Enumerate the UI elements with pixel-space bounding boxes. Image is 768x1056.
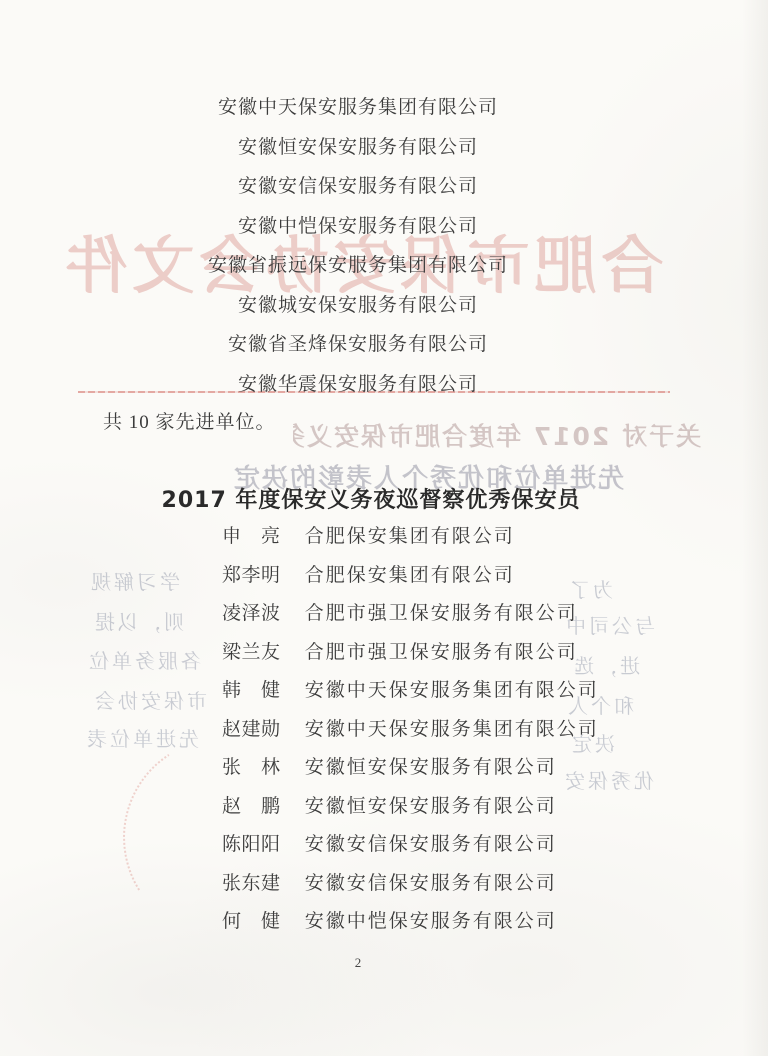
- awardee-name: 凌泽波: [222, 595, 284, 634]
- awardee-name: 韩 健: [222, 672, 284, 711]
- awardee-company: 安徽中天保安服务集团有限公司: [305, 711, 599, 750]
- awardee-row: 张东建 安徽安信保安服务有限公司: [222, 865, 722, 904]
- company-line: 安徽安信保安服务有限公司: [0, 167, 716, 207]
- awardee-company: 安徽恒安保安服务有限公司: [305, 749, 557, 788]
- advanced-units-company-list: 安徽中天保安服务集团有限公司安徽恒安保安服务有限公司安徽安信保安服务有限公司安徽…: [0, 88, 716, 404]
- bleedthrough-fragment: 则，以提: [92, 606, 184, 635]
- awardee-row: 何 健 安徽中恺保安服务有限公司: [222, 903, 722, 942]
- award-section-title: 2017 年度保安义务夜巡督察优秀保安员: [0, 483, 742, 514]
- awardee-company: 合肥市强卫保安服务有限公司: [305, 595, 578, 634]
- page-number: 2: [0, 955, 716, 971]
- awardee-row: 郑李明 合肥保安集团有限公司: [222, 557, 722, 596]
- awardee-row: 韩 健 安徽中天保安服务集团有限公司: [222, 672, 722, 711]
- awardee-company: 合肥市强卫保安服务有限公司: [305, 634, 578, 673]
- awardee-company: 合肥保安集团有限公司: [305, 557, 515, 596]
- awardee-name: 张东建: [222, 865, 284, 904]
- bleedthrough-doc-title-line1: 关于对 2017 年度合肥市保安义务夜巡督察: [293, 417, 701, 451]
- company-line: 安徽城安保安服务有限公司: [0, 286, 716, 326]
- awardee-company: 安徽安信保安服务有限公司: [305, 826, 557, 865]
- awardee-company: 安徽恒安保安服务有限公司: [305, 788, 557, 827]
- awardee-row: 赵建勋 安徽中天保安服务集团有限公司: [222, 711, 722, 750]
- advanced-units-summary: 共 10 家先进单位。: [103, 410, 276, 436]
- awardee-row: 申 亮 合肥保安集团有限公司: [222, 518, 722, 557]
- awardee-row: 梁兰友 合肥市强卫保安服务有限公司: [222, 634, 722, 673]
- company-line: 安徽省圣烽保安服务有限公司: [0, 325, 716, 365]
- bleedthrough-fragment: 学习解规: [88, 566, 180, 595]
- awardee-name: 陈阳阳: [222, 826, 284, 865]
- bleedthrough-fragment: 市保安协会: [92, 685, 207, 714]
- bleedthrough-fragment: 各服务单位: [86, 645, 201, 674]
- awardee-name: 张 林: [222, 749, 284, 788]
- awardee-row: 陈阳阳 安徽安信保安服务有限公司: [222, 826, 722, 865]
- company-line: 安徽华震保安服务有限公司: [0, 365, 716, 405]
- company-line: 安徽省振远保安服务集团有限公司: [0, 246, 716, 286]
- awardee-row: 凌泽波 合肥市强卫保安服务有限公司: [222, 595, 722, 634]
- company-line: 安徽恒安保安服务有限公司: [0, 128, 716, 168]
- awardee-name: 申 亮: [222, 518, 284, 557]
- awardee-name: 梁兰友: [222, 634, 284, 673]
- awardee-company: 安徽安信保安服务有限公司: [305, 865, 557, 904]
- bleedthrough-doc-title-line1-wrap: 关于对 2017 年度合肥市保安义务夜巡督察: [293, 417, 701, 451]
- awardee-list: 申 亮 合肥保安集团有限公司 郑李明 合肥保安集团有限公司 凌泽波 合肥市强卫保…: [222, 518, 722, 942]
- awardee-name: 赵建勋: [222, 711, 284, 750]
- awardee-company: 安徽中恺保安服务有限公司: [305, 903, 557, 942]
- scanned-document-page: 合肥市保安协会文件 关于对 2017 年度合肥市保安义务夜巡督察 先进单位和优秀…: [0, 0, 768, 1056]
- company-line: 安徽中天保安服务集团有限公司: [0, 88, 716, 128]
- awardee-name: 赵 鹏: [222, 788, 284, 827]
- awardee-company: 安徽中天保安服务集团有限公司: [305, 672, 599, 711]
- awardee-name: 何 健: [222, 903, 284, 942]
- awardee-company: 合肥保安集团有限公司: [305, 518, 515, 557]
- awardee-name: 郑李明: [222, 557, 284, 596]
- company-line: 安徽中恺保安服务有限公司: [0, 207, 716, 247]
- awardee-row: 赵 鹏 安徽恒安保安服务有限公司: [222, 788, 722, 827]
- awardee-row: 张 林 安徽恒安保安服务有限公司: [222, 749, 722, 788]
